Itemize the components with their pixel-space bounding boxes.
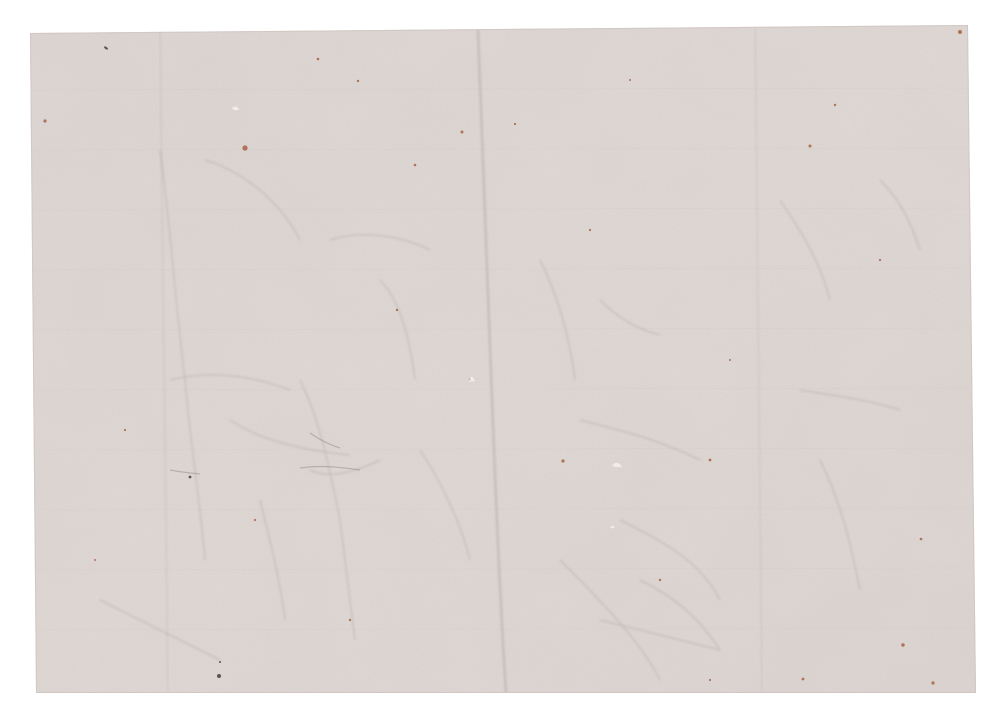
paper-sheet (0, 0, 1000, 725)
image-canvas (0, 0, 1000, 725)
